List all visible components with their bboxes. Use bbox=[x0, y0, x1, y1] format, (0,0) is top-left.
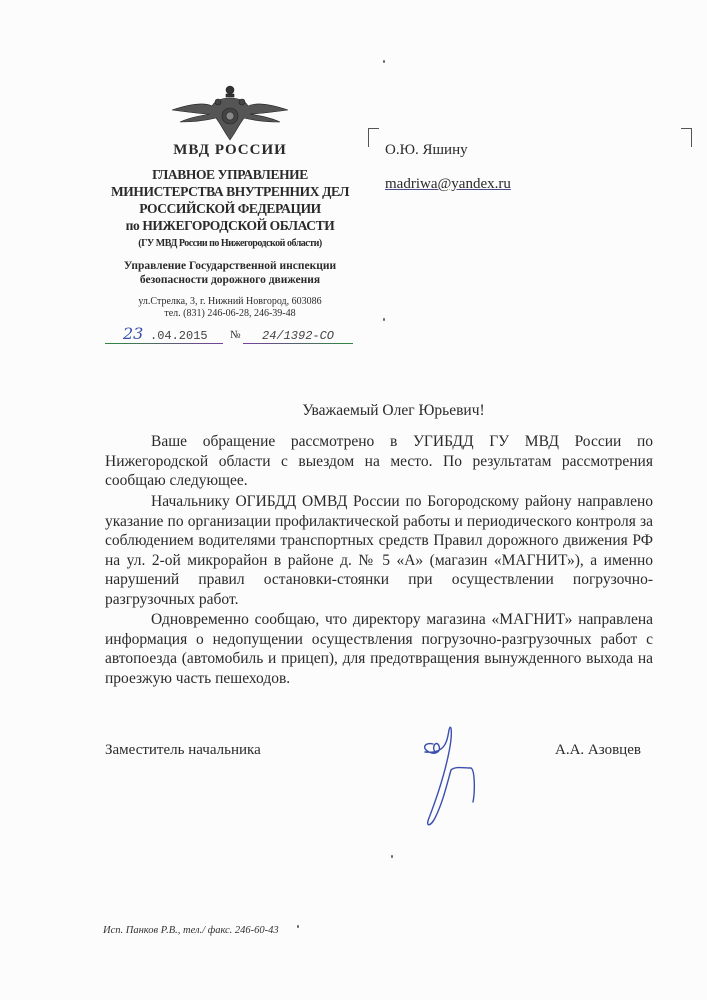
scan-speck bbox=[383, 60, 385, 63]
org-line-4: по НИЖЕГОРОДСКОЙ ОБЛАСТИ bbox=[90, 217, 370, 234]
letter-page: МВД РОССИИ ГЛАВНОЕ УПРАВЛЕНИЕ МИНИСТЕРСТ… bbox=[0, 0, 707, 1000]
paragraph-text: Ваше обращение рассмотрено в УГИБДД ГУ М… bbox=[105, 432, 653, 491]
department-line-1: Управление Государственной инспекции bbox=[90, 259, 370, 273]
registration-number-sign: № bbox=[230, 329, 241, 341]
org-abbreviation: (ГУ МВД России по Нижегородской области) bbox=[90, 238, 370, 249]
org-phone: тел. (831) 246-06-28, 246-39-48 bbox=[90, 308, 370, 320]
body-paragraph-3: Одновременно сообщаю, что директору мага… bbox=[105, 610, 653, 688]
recipient-name: О.Ю. Яшину bbox=[385, 142, 468, 159]
org-line-1: ГЛАВНОЕ УПРАВЛЕНИЕ bbox=[90, 166, 370, 183]
org-line-2: МИНИСТЕРСТВА ВНУТРЕННИХ ДЕЛ bbox=[90, 183, 370, 200]
body-paragraph-1: Ваше обращение рассмотрено в УГИБДД ГУ М… bbox=[105, 432, 653, 491]
scan-speck bbox=[383, 318, 385, 321]
paragraph-text: Одновременно сообщаю, что директору мага… bbox=[105, 610, 653, 688]
registration-day-handwritten: 23 bbox=[123, 324, 143, 343]
org-address: ул.Стрелка, 3, г. Нижний Новгород, 60308… bbox=[90, 296, 370, 308]
department-line-2: безопасности дорожного движения bbox=[90, 273, 370, 287]
scan-speck bbox=[391, 855, 393, 858]
registration-date: .04.2015 bbox=[150, 329, 208, 343]
body-paragraph-2: Начальнику ОГИБДД ОМВД России по Богород… bbox=[105, 492, 653, 610]
signatory-name: А.А. Азовцев bbox=[555, 742, 641, 759]
registration-number: 24/1392-СО bbox=[262, 329, 334, 343]
ministry-short-name: МВД РОССИИ bbox=[90, 142, 370, 159]
double-headed-eagle-emblem-icon bbox=[168, 84, 292, 144]
executor-footer: Исп. Панков Р.В., тел./ факс. 246-60-43 bbox=[103, 925, 279, 936]
handwritten-signature-icon bbox=[395, 722, 515, 842]
signatory-title: Заместитель начальника bbox=[105, 742, 261, 759]
paragraph-text: Начальнику ОГИБДД ОМВД России по Богород… bbox=[105, 492, 653, 610]
recipient-email: madriwa@yandex.ru bbox=[385, 176, 511, 193]
number-underline bbox=[243, 343, 353, 344]
address-bracket-right bbox=[681, 128, 692, 147]
scan-speck bbox=[297, 925, 299, 928]
greeting: Уважаемый Олег Юрьевич! bbox=[0, 402, 707, 420]
org-line-3: РОССИЙСКОЙ ФЕДЕРАЦИИ bbox=[90, 200, 370, 217]
address-bracket-left bbox=[368, 128, 379, 147]
date-underline bbox=[105, 343, 223, 344]
